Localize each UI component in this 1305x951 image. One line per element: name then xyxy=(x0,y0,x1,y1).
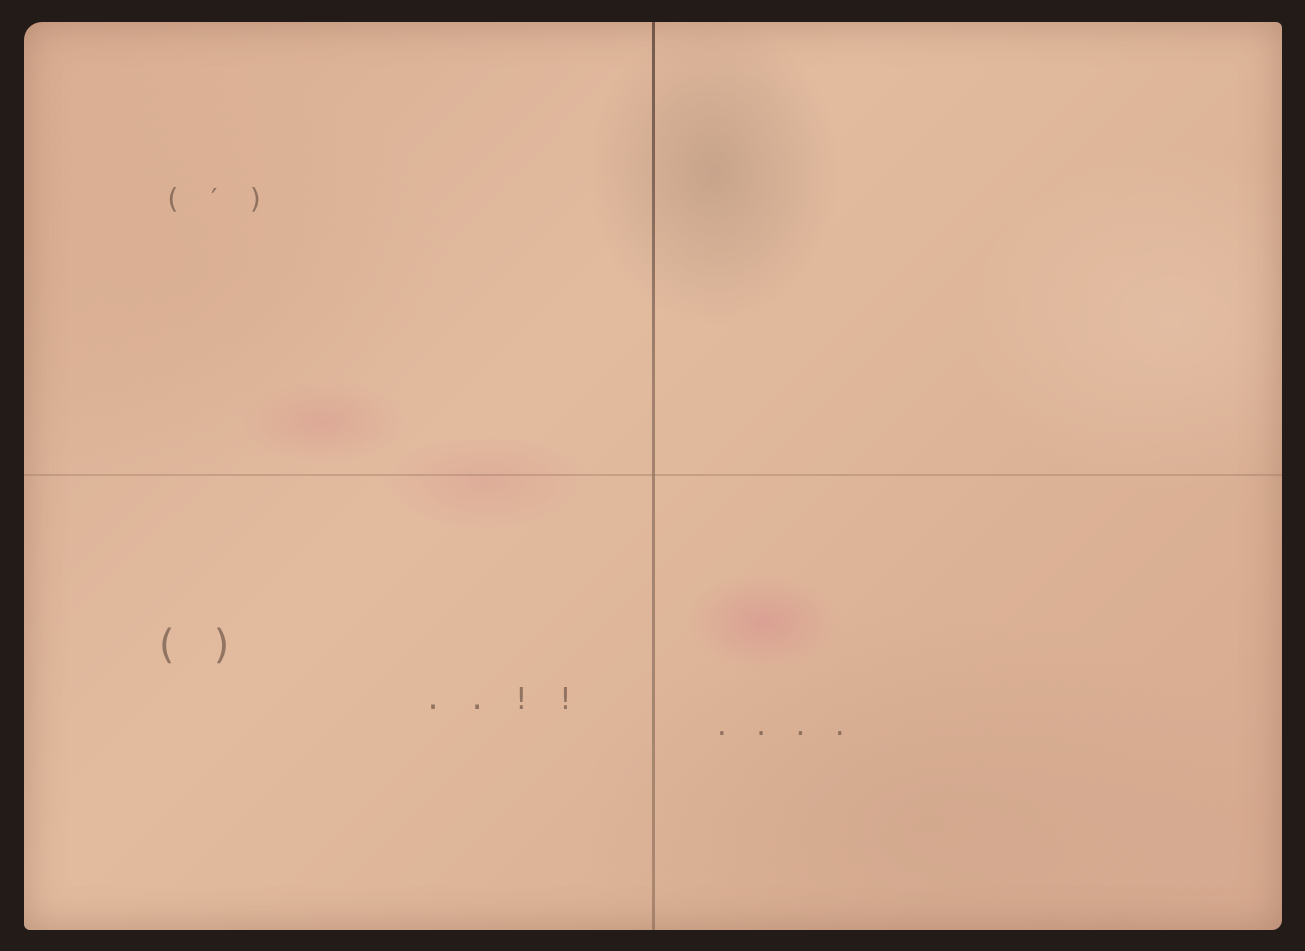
horizontal-fold-line xyxy=(24,474,1282,476)
faint-mark: . . . . xyxy=(714,712,852,742)
faint-mark: ( ′ ) xyxy=(164,182,268,215)
photo-background: ( ′ ) ( ) . . ! ! . . . . xyxy=(0,0,1305,951)
paper-note-reverse: ( ′ ) ( ) . . ! ! . . . . xyxy=(24,22,1282,930)
vertical-fold-line xyxy=(652,22,655,930)
faint-mark: ( ) xyxy=(154,622,238,668)
faint-mark: . . ! ! xyxy=(424,682,578,717)
